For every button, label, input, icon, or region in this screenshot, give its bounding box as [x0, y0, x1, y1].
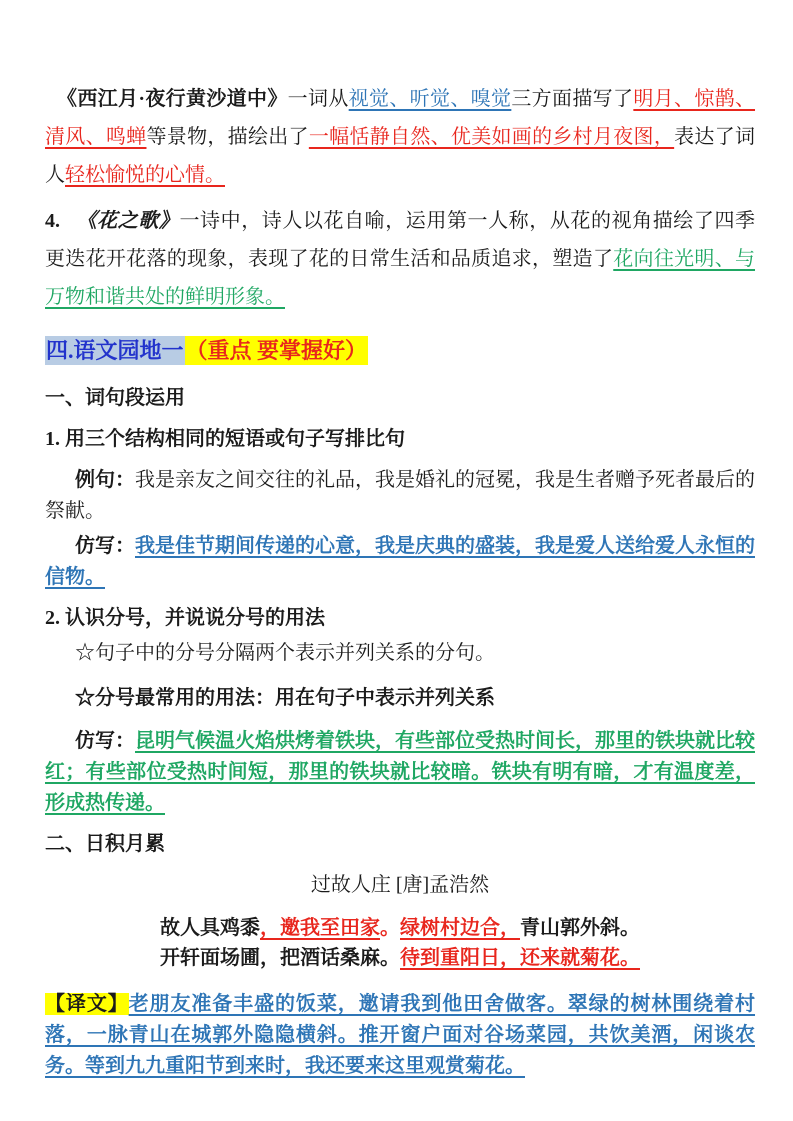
imitation-text-blue: 我是佳节期间传递的心意，我是庆典的盛装，我是爱人送给爱人永恒的信物。	[45, 535, 755, 588]
section-header-yuwen-yuandi-1: 四.语文园地一（重点 要掌握好）	[45, 334, 755, 367]
para-imitation-1: 仿写：我是佳节期间传递的心意，我是庆典的盛装，我是爱人送给爱人永恒的信物。	[45, 531, 755, 593]
imitation-label: 仿写：	[75, 730, 135, 752]
text-run: 三方面描写了	[511, 88, 633, 110]
item-fenhao: 2. 认识分号，并说说分号的用法	[45, 603, 755, 634]
para-xijiangyue-summary: 《西江月·夜行黄沙道中》一词从视觉、听觉、嗅觉三方面描写了明月、惊鹊、清风、鸣蝉…	[45, 80, 755, 194]
poem-title: 过故人庄 [唐]孟浩然	[45, 870, 755, 901]
section-title: 四.语文园地一	[45, 336, 185, 365]
text-run: 等景物，描绘出了	[146, 126, 308, 148]
para-translation: 【译文】老朋友准备丰盛的饭菜，邀请我到他田舍做客。翠绿的树林围绕着村落，一脉青山…	[45, 989, 755, 1082]
translation-label: 【译文】	[45, 993, 129, 1015]
example-label: 例句：	[75, 469, 135, 491]
para-huazhige-summary: 4.《花之歌》一诗中，诗人以花自喻，运用第一人称，从花的视角描绘了四季更迭花开花…	[45, 202, 755, 316]
bullet-fenhao-usage-1: ☆句子中的分号分隔两个表示并列关系的分句。	[45, 638, 755, 669]
document-page: 《西江月·夜行黄沙道中》一词从视觉、听觉、嗅觉三方面描写了明月、惊鹊、清风、鸣蝉…	[0, 0, 793, 1121]
poem-run: 故人具鸡黍	[160, 917, 260, 939]
subsection-riji-yuelei: 二、日积月累	[45, 829, 755, 860]
poem-run-red: 待到重阳日，还来就菊花。	[400, 947, 640, 969]
poem-run-red: 。	[380, 917, 400, 939]
item-paibiju: 1. 用三个结构相同的短语或句子写排比句	[45, 424, 755, 455]
imitation-label: 仿写：	[75, 535, 135, 557]
book-title-huazhige: 《花之歌》	[76, 210, 179, 232]
text-run: 一词从	[288, 88, 349, 110]
answer-senses: 视觉、听觉、嗅觉	[349, 88, 512, 110]
example-text: 我是亲友之间交往的礼品，我是婚礼的冠冕，我是生者赠予死者最后的祭献。	[45, 469, 755, 522]
answer-mood: 轻松愉悦的心情。	[65, 164, 225, 186]
imitation-text-green: 昆明气候温火焰烘烤着铁块，有些部位受热时间长，那里的铁块就比较红；有些部位受热时…	[45, 730, 755, 814]
subsection-ciju-duan-yunyong: 一、词句段运用	[45, 383, 755, 414]
poem-line-1: 故人具鸡黍，邀我至田家。绿树村边合，青山郭外斜。	[45, 913, 755, 943]
poem-line-2: 开轩面场圃，把酒话桑麻。待到重阳日，还来就菊花。	[45, 943, 755, 973]
poem-run: 青山郭外斜。	[520, 917, 640, 939]
bullet-fenhao-usage-2: ☆分号最常用的用法：用在句子中表示并列关系	[45, 683, 755, 714]
para-imitation-2: 仿写：昆明气候温火焰烘烤着铁块，有些部位受热时间长，那里的铁块就比较红；有些部位…	[45, 726, 755, 819]
item-number: 4.	[45, 210, 60, 232]
poem-guoguren-zhuang: 过故人庄 [唐]孟浩然 故人具鸡黍，邀我至田家。绿树村边合，青山郭外斜。 开轩面…	[45, 870, 755, 973]
para-example-sentence: 例句：我是亲友之间交往的礼品，我是婚礼的冠冕，我是生者赠予死者最后的祭献。	[45, 465, 755, 527]
book-title-xijiangyue: 《西江月·夜行黄沙道中》	[57, 88, 288, 110]
answer-scene-description: 一幅恬静自然、优美如画的乡村月夜图，	[309, 126, 674, 148]
importance-note: （重点 要掌握好）	[185, 336, 369, 365]
poem-run-red: ，邀我至田家	[260, 917, 380, 939]
poem-run-red: 绿树村边合，	[400, 917, 520, 939]
translation-text: 老朋友准备丰盛的饭菜，邀请我到他田舍做客。翠绿的树林围绕着村落，一脉青山在城郭外…	[45, 993, 755, 1077]
poem-run: 开轩面场圃，把酒话桑麻。	[160, 947, 400, 969]
